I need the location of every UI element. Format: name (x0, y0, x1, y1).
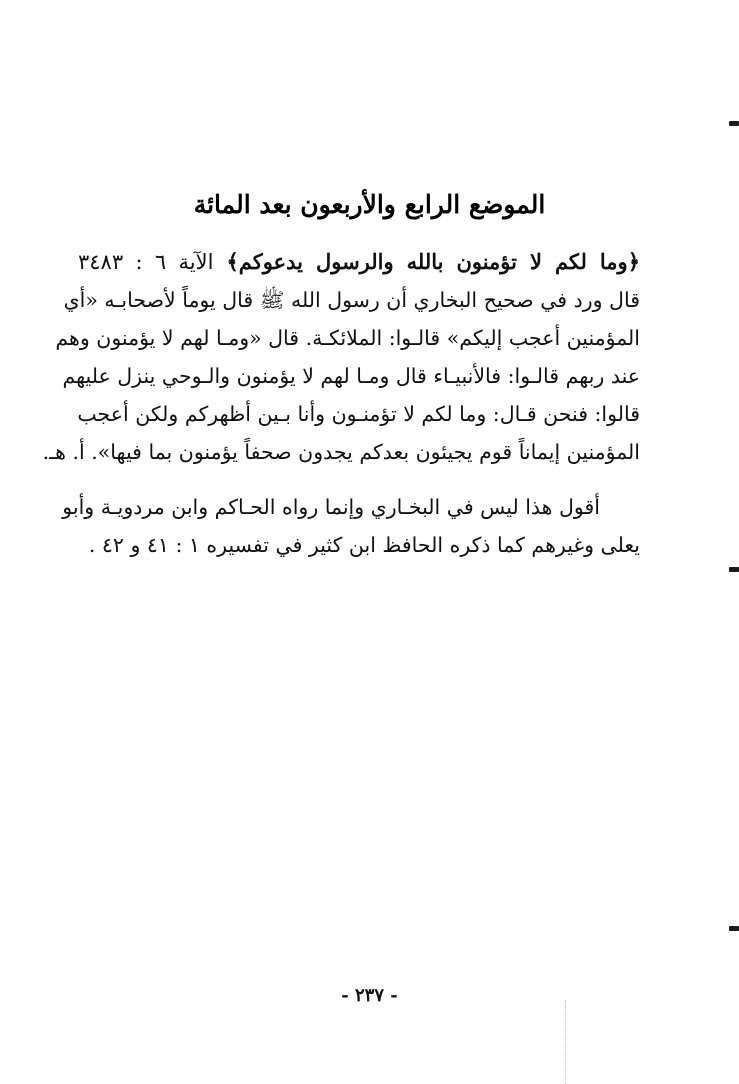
margin-tick-mark (729, 926, 739, 931)
paragraph-1: ﴿وما لكم لا تؤمنون بالله والرسول يدعوكم﴾… (78, 243, 640, 471)
text-line: المؤمنين إيماناً قوم يجيئون بعدكم يجدون … (78, 433, 640, 471)
section-title: الموضع الرابع والأربعون بعد المائة (0, 185, 739, 225)
text-line: قالوا: فنحن قـال: وما لكم لا تؤمنـون وأن… (78, 395, 640, 433)
margin-tick-mark (729, 567, 739, 572)
margin-tick-mark (729, 121, 739, 126)
paragraph-2: أقول هذا ليس في البخـاري وإنما رواه الحـ… (78, 488, 640, 564)
verse-text: ﴿وما لكم لا تؤمنون بالله والرسول يدعوكم﴾ (226, 249, 640, 274)
verse-line: ﴿وما لكم لا تؤمنون بالله والرسول يدعوكم﴾… (78, 243, 640, 281)
text-line: أقول هذا ليس في البخـاري وإنما رواه الحـ… (78, 488, 640, 526)
text-line: يعلى وغيرهم كما ذكره الحافظ ابن كثير في … (78, 526, 640, 564)
text-line: قال ورد في صحيح البخاري أن رسول الله ﷺ ق… (78, 281, 640, 319)
text-line: المؤمنين أعجب إليكم» قالـوا: الملائكـة. … (78, 319, 640, 357)
scan-dotted-rule (565, 1000, 566, 1084)
page-number: - ٢٣٧ - (0, 985, 739, 1006)
text-line: عند ربهم قالـوا: فالأنبيـاء قال ومـا لهم… (78, 357, 640, 395)
book-page: الموضع الرابع والأربعون بعد المائة ﴿وما … (0, 0, 739, 1084)
verse-reference: الآية ٦ : ٣٤٨٣ (78, 250, 213, 274)
